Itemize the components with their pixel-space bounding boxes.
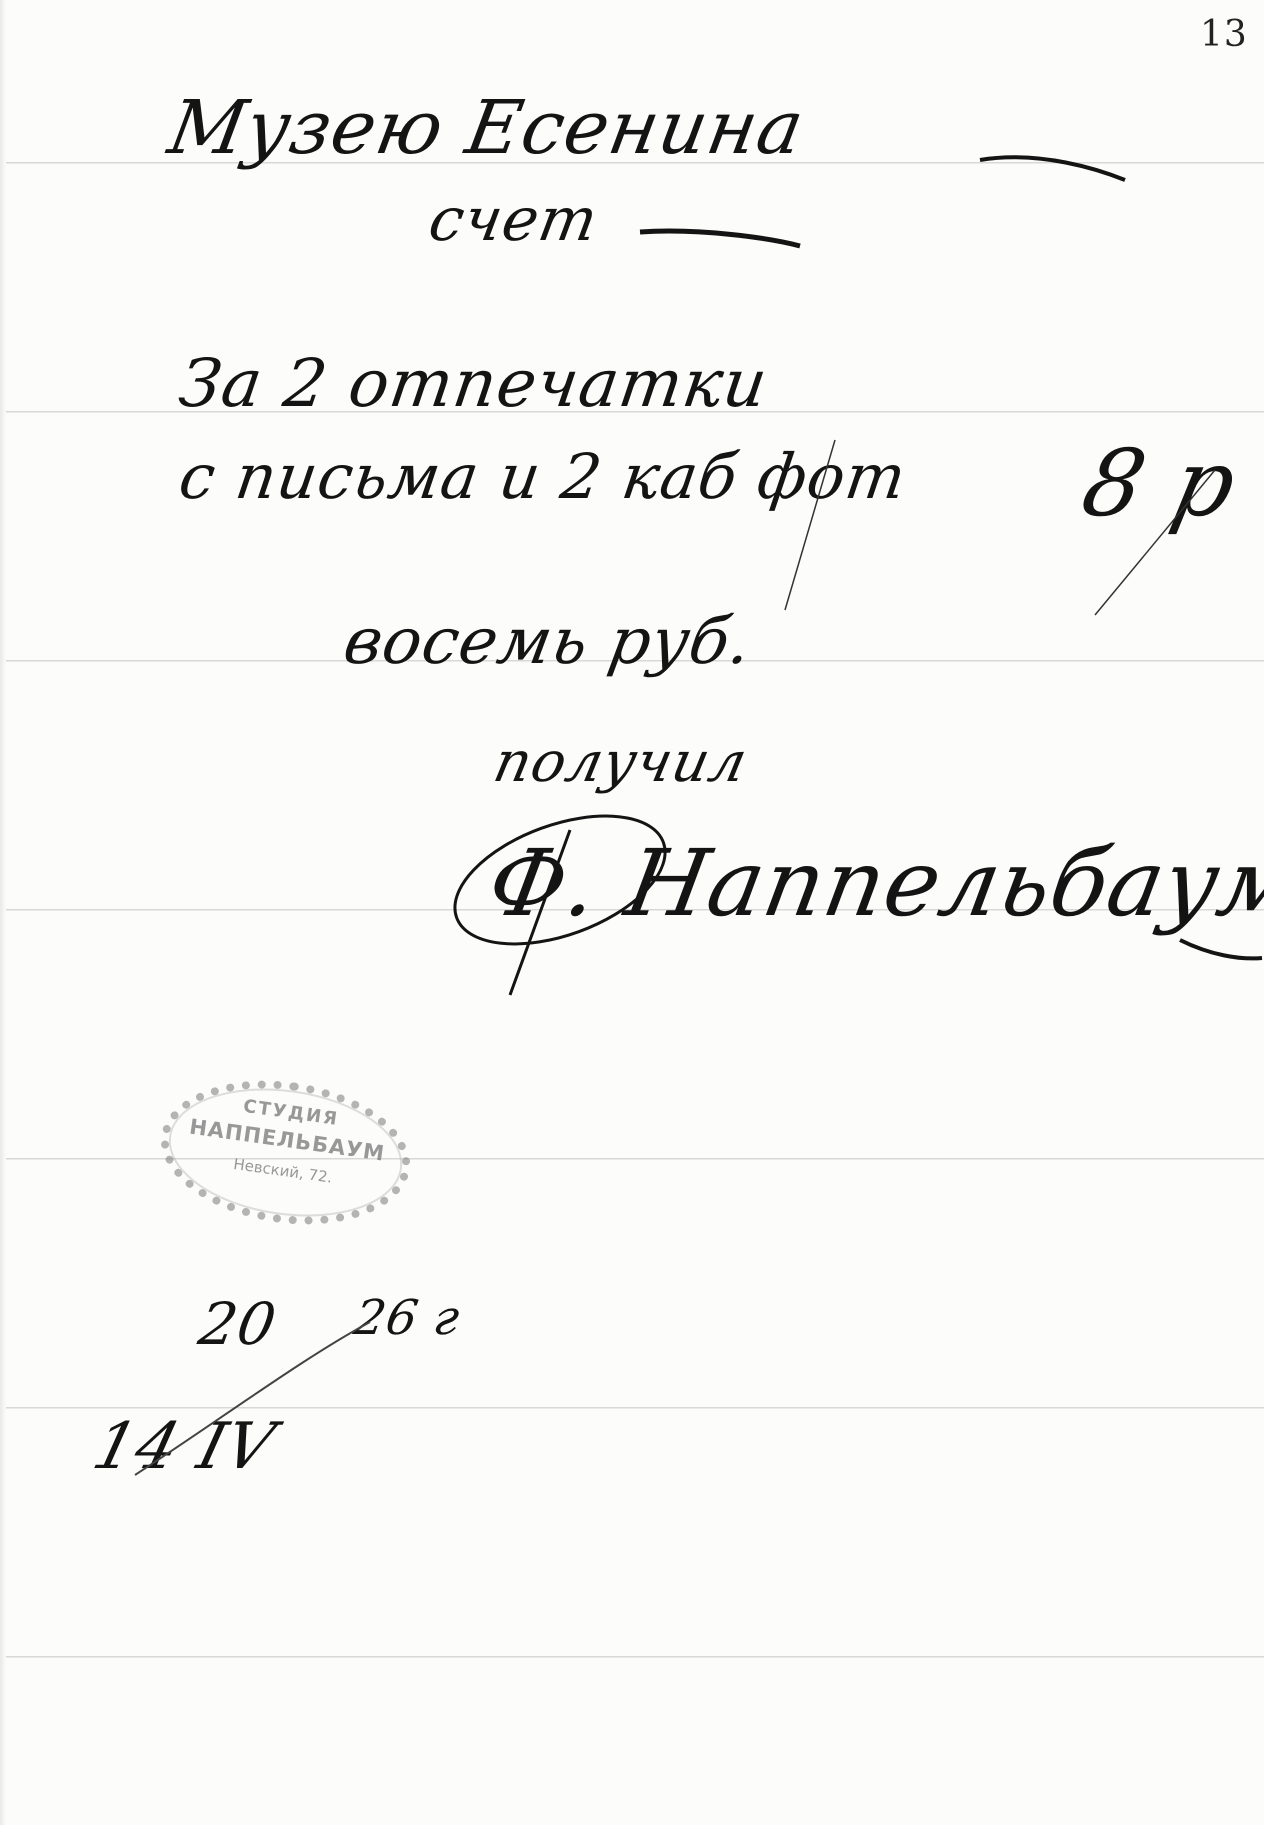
date-year: 26 г xyxy=(350,1290,464,1346)
date-century: 20 xyxy=(194,1290,282,1358)
amount-in-words: восемь руб. xyxy=(338,605,757,679)
item-line-2: с письма и 2 каб фот xyxy=(175,440,911,513)
date-day-month: 14 IV xyxy=(86,1410,283,1484)
page-number: 13 xyxy=(1200,14,1248,55)
item-line-1: За 2 отпечатки xyxy=(175,345,773,422)
signature: Ф. Наппельбаум xyxy=(481,830,1264,937)
paper-edge xyxy=(0,0,6,1825)
addressee-line: Музею Есенина xyxy=(162,85,810,171)
amount: 8 р xyxy=(1074,430,1246,537)
title-line: счет xyxy=(424,185,604,255)
received-line: получил xyxy=(488,730,753,795)
